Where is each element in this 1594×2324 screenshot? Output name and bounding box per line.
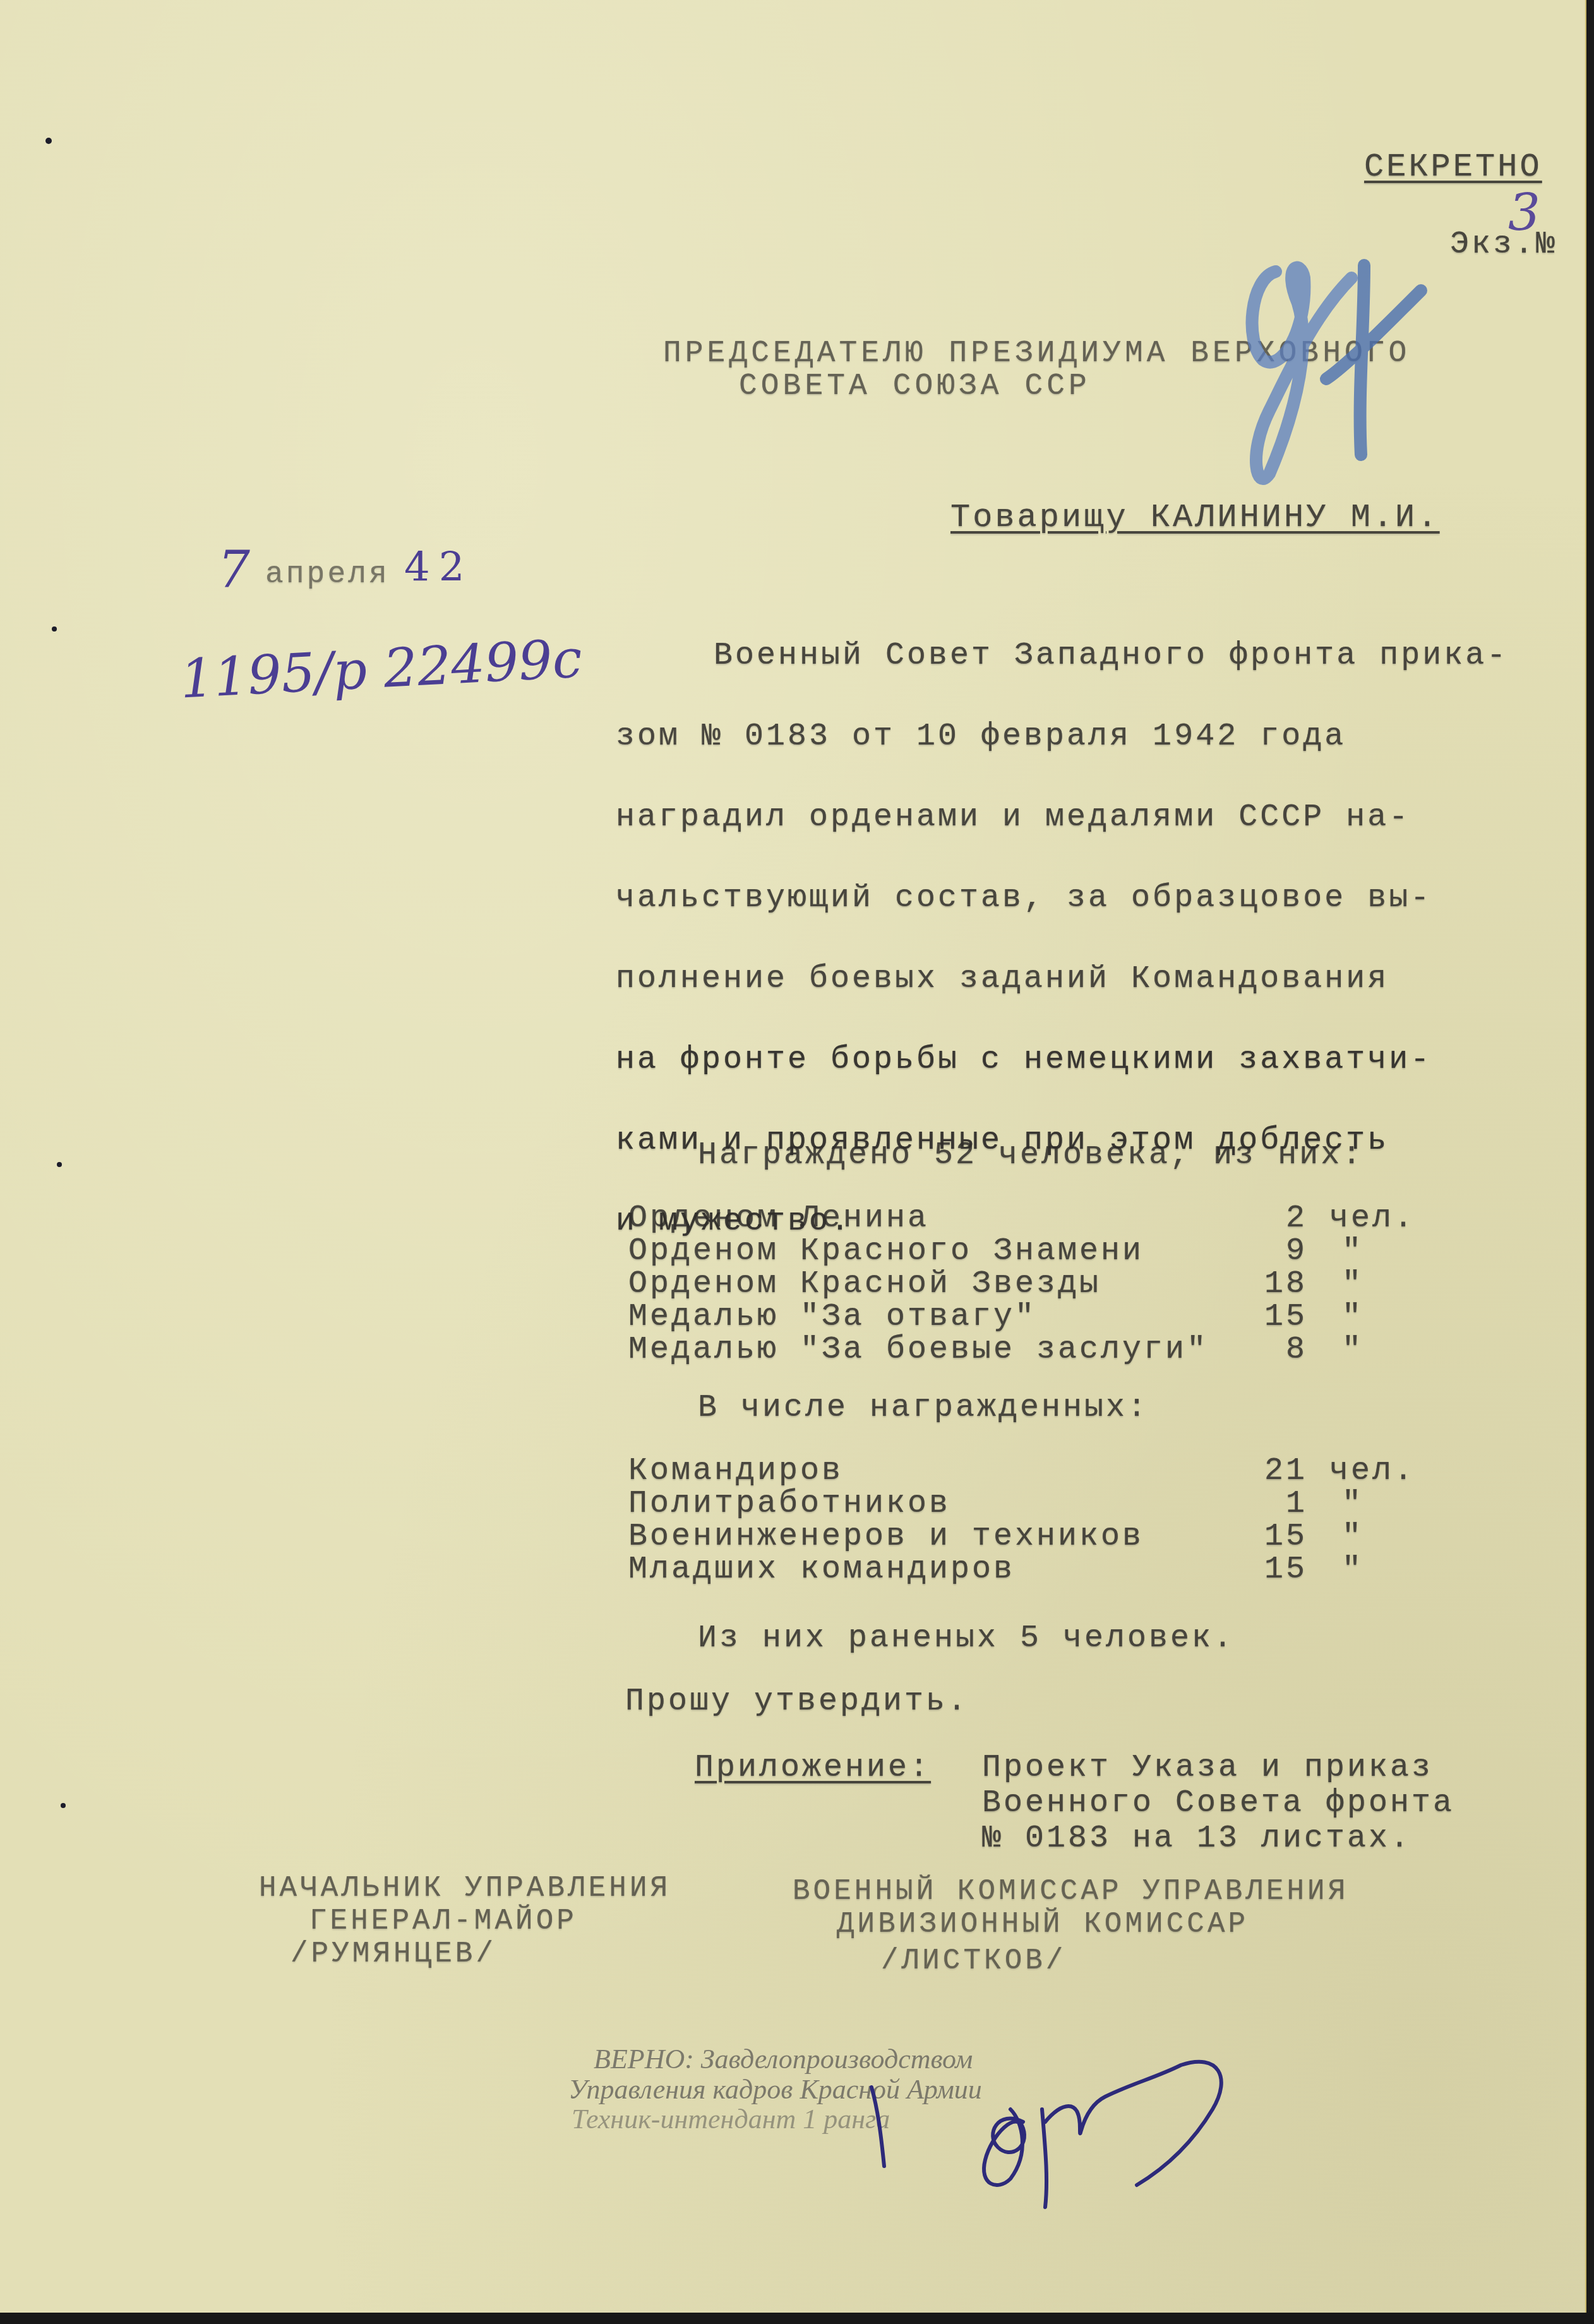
left-signatory-name: /РУМЯНЦЕВ/ [291,1935,496,1973]
award-unit: " [1342,1233,1363,1271]
among-awarded-heading: В числе награжденных: [698,1389,1149,1427]
award-row: Медалью "За отвагу" 15 " [628,1298,1513,1334]
award-count: 8 [1269,1331,1307,1369]
attachment-label: Приложение: [695,1749,931,1787]
left-signatory-title: НАЧАЛЬНИК УПРАВЛЕНИЯ [259,1869,671,1907]
category-label: Младших командиров [628,1551,1015,1589]
paragraph-line: на фронте борьбы с немецкими захватчи- [616,1020,1550,1101]
award-row: Орденом Красного Знамени 9 " [628,1233,1513,1268]
copy-number-handwritten: 3 [1508,183,1540,242]
wounded-note: Из них раненых 5 человек. [698,1620,1235,1658]
awarded-summary: Награждено 52 человека, из них: [698,1137,1363,1175]
award-count: 18 [1250,1266,1307,1303]
award-label: Орденом Ленина [628,1200,929,1238]
category-row: Командиров 21 чел. [628,1452,1513,1488]
award-unit: чел. [1329,1200,1415,1238]
date-year-handwritten: 42 [404,544,473,591]
award-row: Орденом Красной Звезды 18 " [628,1266,1513,1301]
copy-label-text: Экз.№ [1450,227,1557,263]
paragraph-line: чальствующий состав, за образцовое вы- [616,858,1550,939]
paragraph-line: наградил орденами и медалями СССР на- [616,777,1550,858]
binder-hole-mark [61,1803,66,1808]
category-row: Военинженеров и техников 15 " [628,1518,1513,1554]
award-row: Медалью "За боевые заслуги" 8 " [628,1331,1513,1367]
classification-label: СЕКРЕТНО [1364,148,1542,186]
award-unit: " [1342,1266,1363,1303]
paragraph-line: полнение боевых заданий Командования [616,939,1550,1020]
addressee-name: Товарищу КАЛИНИНУ М.И. [950,499,1440,537]
category-unit: " [1342,1518,1363,1556]
handwritten-signature [726,2040,1295,2229]
award-row: Орденом Ленина 2 чел. [628,1200,1513,1235]
date-month-typed: апреля [265,556,390,594]
date-day-handwritten: 7 [218,540,250,599]
award-unit: " [1342,1331,1363,1369]
award-count: 15 [1250,1298,1307,1336]
binder-hole-mark [52,626,57,632]
category-unit: " [1342,1485,1363,1523]
document-page: СЕКРЕТНО Экз.№ 3 ПРЕДСЕДАТЕЛЮ ПРЕЗИДИУМА… [0,0,1586,2315]
registration-number-handwritten: 1195/р 22499с [179,627,584,710]
paragraph-line: зом № 0183 от 10 февраля 1942 года [616,697,1550,777]
attachment-line: № 0183 на 13 листах. [982,1820,1411,1858]
right-signatory-rank: ДИВИЗИОННЫЙ КОМИССАР [837,1905,1249,1943]
award-count: 2 [1269,1200,1307,1238]
award-count: 9 [1269,1233,1307,1271]
attachment-line: Военного Совета фронта [982,1785,1454,1823]
category-label: Военинженеров и техников [628,1518,1144,1556]
left-signatory-rank: ГЕНЕРАЛ-МАЙОР [309,1902,577,1940]
addressee-title-line2: СОВЕТА СОЮЗА ССР [739,368,1091,405]
category-count: 21 [1250,1452,1307,1490]
binder-hole-mark [45,138,52,144]
category-label: Политработников [628,1485,950,1523]
award-unit: " [1342,1298,1363,1336]
category-label: Командиров [628,1452,843,1490]
category-unit: " [1342,1551,1363,1589]
category-row: Младших командиров 15 " [628,1551,1513,1586]
category-count: 1 [1269,1485,1307,1523]
category-count: 15 [1250,1518,1307,1556]
paragraph-line: Военный Совет Западного фронта прика- [616,616,1550,697]
category-unit: чел. [1329,1452,1415,1490]
right-signatory-name: /ЛИСТКОВ/ [881,1942,1066,1980]
categories-table: Командиров 21 чел. Политработников 1 " В… [628,1452,1513,1598]
scan-border [0,2313,1594,2324]
attachment-line: Проект Указа и приказ [982,1749,1433,1787]
award-label: Орденом Красного Знамени [628,1233,1144,1271]
binder-hole-mark [57,1162,62,1167]
category-count: 15 [1250,1551,1307,1589]
approval-request: Прошу утвердить. [625,1683,969,1721]
page-number-pencil-mark [1238,253,1440,493]
category-row: Политработников 1 " [628,1485,1513,1521]
award-label: Медалью "За боевые заслуги" [628,1331,1208,1369]
right-signatory-title: ВОЕННЫЙ КОМИССАР УПРАВЛЕНИЯ [793,1872,1348,1910]
award-label: Орденом Красной Звезды [628,1266,1101,1303]
award-label: Медалью "За отвагу" [628,1298,1036,1336]
awards-table: Орденом Ленина 2 чел. Орденом Красного З… [628,1200,1513,1383]
